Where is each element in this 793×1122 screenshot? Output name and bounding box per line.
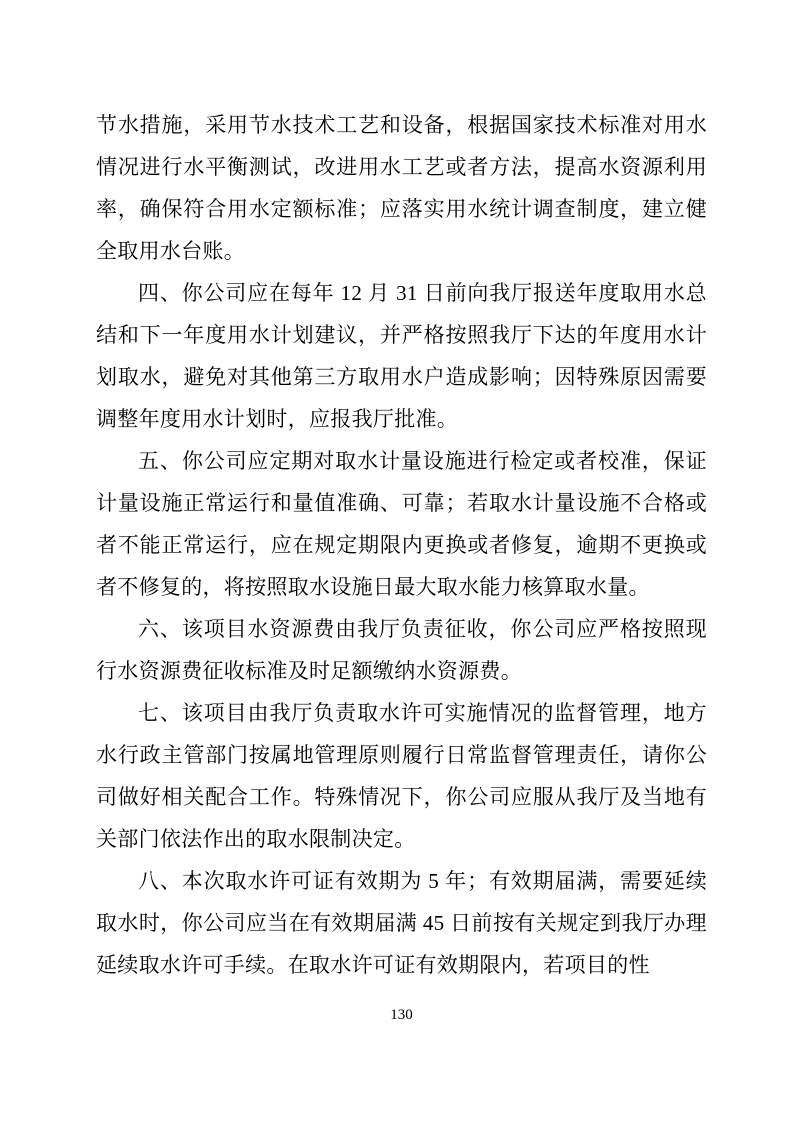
document-body: 节水措施，采用节水技术工艺和设备，根据国家技术标准对用水情况进行水平衡测试，改进…: [96, 104, 707, 986]
paragraph-item-8-permit-validity: 八、本次取水许可证有效期为 5 年；有效期届满，需要延续取水时，你公司应当在有效…: [96, 860, 707, 986]
paragraph-item-7-supervision-management: 七、该项目由我厅负责取水许可实施情况的监督管理，地方水行政主管部门按属地管理原则…: [96, 692, 707, 860]
document-page: 节水措施，采用节水技术工艺和设备，根据国家技术标准对用水情况进行水平衡测试，改进…: [0, 0, 793, 1122]
paragraph-item-4-annual-water-plan: 四、你公司应在每年 12 月 31 日前向我厅报送年度取用水总结和下一年度用水计…: [96, 272, 707, 440]
paragraph-item-5-metering-facilities: 五、你公司应定期对取水计量设施进行检定或者校准，保证计量设施正常运行和量值准确、…: [96, 440, 707, 608]
paragraph-item-6-water-resource-fee: 六、该项目水资源费由我厅负责征收，你公司应严格按照现行水资源费征收标准及时足额缴…: [96, 608, 707, 692]
page-number: 130: [96, 1001, 707, 1029]
paragraph-continuation-water-saving-measures: 节水措施，采用节水技术工艺和设备，根据国家技术标准对用水情况进行水平衡测试，改进…: [96, 104, 707, 272]
